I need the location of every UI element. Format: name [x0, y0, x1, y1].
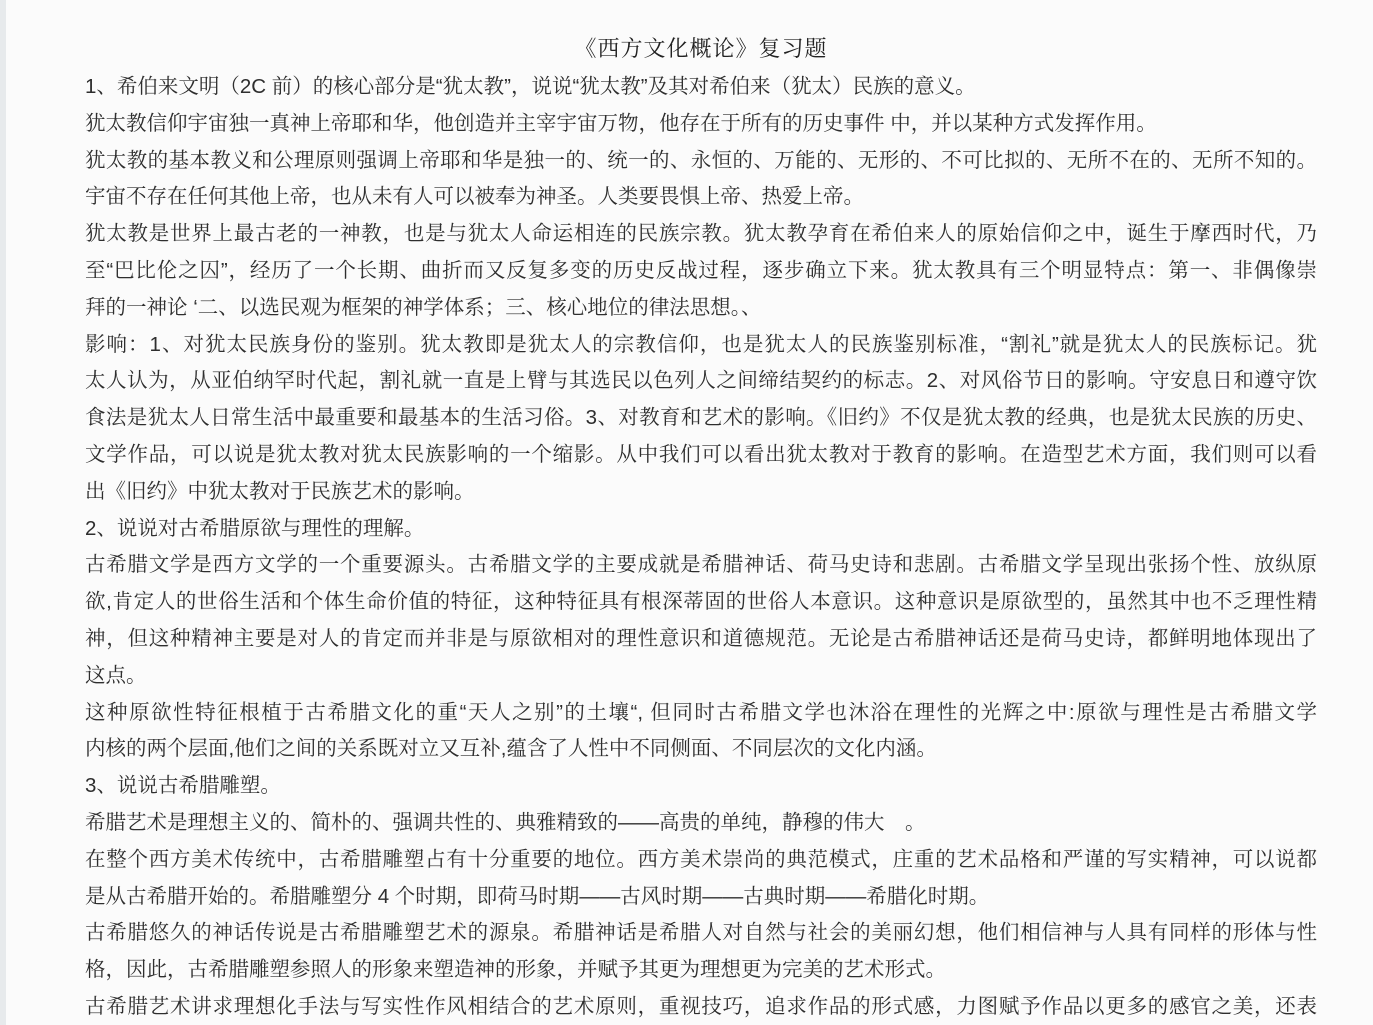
text-line: 古希腊悠久的神话传说是古希腊雕塑艺术的源泉。希腊神话是希腊人对自然与社会的美丽幻…: [85, 915, 1317, 952]
text-line: 2、说说对古希腊原欲与理性的理解。: [85, 511, 1317, 548]
page-title: 《西方文化概论》复习题: [85, 30, 1317, 68]
text-line: 希腊艺术是理想主义的、简朴的、强调共性的、典雅精致的——高贵的单纯，静穆的伟大 …: [85, 805, 1317, 842]
text-line: 这点。: [85, 658, 1317, 695]
document-page: 《西方文化概论》复习题 1、希伯来文明（2C 前）的核心部分是“犹太教”，说说“…: [6, 0, 1373, 1025]
text-line: 犹太教的基本教义和公理原则强调上帝耶和华是独一的、统一的、永恒的、万能的、无形的…: [85, 143, 1317, 180]
text-line: 内核的两个层面,他们之间的关系既对立又互补,蕴含了人性中不同侧面、不同层次的文化…: [85, 731, 1317, 768]
text-line: 古希腊文学是西方文学的一个重要源头。古希腊文学的主要成就是希腊神话、荷马史诗和悲…: [85, 547, 1317, 584]
text-line: 欲,肯定人的世俗生活和个体生命价值的特征，这种特征具有根深蒂固的世俗人本意识。这…: [85, 584, 1317, 621]
text-line: 神，但这种精神主要是对人的肯定而并非是与原欲相对的理性意识和道德规范。无论是古希…: [85, 621, 1317, 658]
text-line: 犹太教是世界上最古老的一神教，也是与犹太人命运相连的民族宗教。犹太教孕育在希伯来…: [85, 216, 1317, 253]
text-line: 食法是犹太人日常生活中最重要和最基本的生活习俗。3、对教育和艺术的影响。《旧约》…: [85, 400, 1317, 437]
text-line: 是从古希腊开始的。希腊雕塑分 4 个时期，即荷马时期——古风时期——古典时期——…: [85, 879, 1317, 916]
text-line: 在整个西方美术传统中，古希腊雕塑占有十分重要的地位。西方美术崇尚的典范模式，庄重…: [85, 842, 1317, 879]
text-line: 1、希伯来文明（2C 前）的核心部分是“犹太教”，说说“犹太教”及其对希伯来（犹…: [85, 69, 1317, 106]
text-line: 出《旧约》中犹太教对于民族艺术的影响。: [85, 474, 1317, 511]
text-line: 文学作品，可以说是犹太教对犹太民族影响的一个缩影。从中我们可以看出犹太教对于教育…: [85, 437, 1317, 474]
text-line: 拜的一神论 ‘二、以选民观为框架的神学体系；三、核心地位的律法思想。、: [85, 290, 1317, 327]
text-line: 3、说说古希腊雕塑。: [85, 768, 1317, 805]
text-line: 影响：1、对犹太民族身份的鉴别。犹太教即是犹太人的宗教信仰，也是犹太人的民族鉴别…: [85, 327, 1317, 364]
text-line: 太人认为，从亚伯纳罕时代起，割礼就一直是上臂与其选民以色列人之间缔结契约的标志。…: [85, 363, 1317, 400]
text-line: 古希腊艺术讲求理想化手法与写实性作风相结合的艺术原则，重视技巧，追求作品的形式感…: [85, 989, 1317, 1025]
text-line: 格，因此，古希腊雕塑参照人的形象来塑造神的形象，并赋予其更为理想更为完美的艺术形…: [85, 952, 1317, 989]
text-line: 犹太教信仰宇宙独一真神上帝耶和华，他创造并主宰宇宙万物，他存在于所有的历史事件 …: [85, 106, 1317, 143]
text-line: 这种原欲性特征根植于古希腊文化的重“天人之别”的土壤“, 但同时古希腊文学也沐浴…: [85, 695, 1317, 732]
text-line: 宇宙不存在任何其他上帝，也从未有人可以被奉为神圣。人类要畏惧上帝、热爱上帝。: [85, 179, 1317, 216]
text-line: 至“巴比伦之囚”，经历了一个长期、曲折而又反复多变的历史反战过程，逐步确立下来。…: [85, 253, 1317, 290]
